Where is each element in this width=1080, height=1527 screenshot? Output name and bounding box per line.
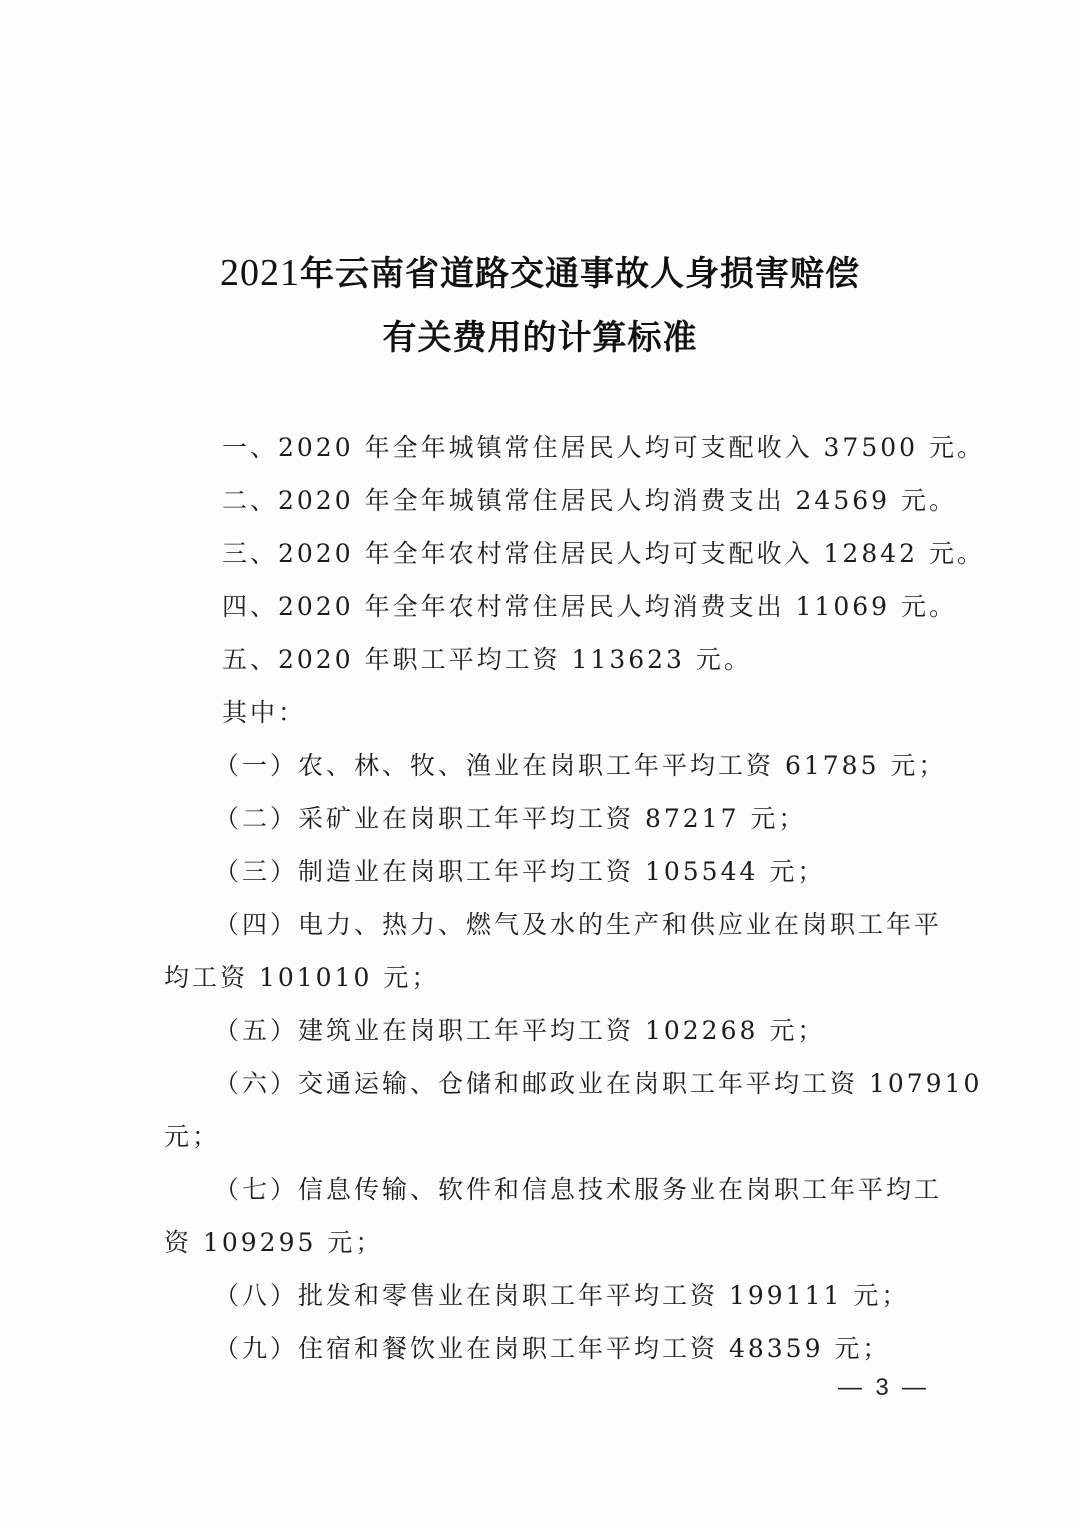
item-urban-consumption: 二、2020 年全年城镇常住居民人均消费支出 24569 元。 bbox=[222, 481, 957, 517]
wage-mining: （二）采矿业在岗职工年平均工资 87217 元； bbox=[214, 799, 806, 835]
wage-transport-line-2: 元； bbox=[164, 1117, 220, 1153]
subheading-among: 其中： bbox=[222, 693, 306, 729]
wage-hospitality: （九）住宿和餐饮业在岗职工年平均工资 48359 元； bbox=[214, 1329, 890, 1365]
wage-transport-line-1: （六）交通运输、仓储和邮政业在岗职工年平均工资 107910 bbox=[214, 1064, 982, 1100]
item-rural-disposable-income: 三、2020 年全年农村常住居民人均可支配收入 12842 元。 bbox=[222, 534, 985, 570]
wage-it-line-1: （七）信息传输、软件和信息技术服务业在岗职工年平均工 bbox=[214, 1170, 942, 1206]
item-urban-disposable-income: 一、2020 年全年城镇常住居民人均可支配收入 37500 元。 bbox=[222, 428, 985, 464]
wage-agriculture: （一）农、林、牧、渔业在岗职工年平均工资 61785 元； bbox=[214, 746, 946, 782]
document-title-line-1: 2021年云南省道路交通事故人身损害赔偿 bbox=[0, 246, 1080, 295]
wage-utilities-line-2: 均工资 101010 元； bbox=[164, 958, 439, 994]
title-text: 年云南省道路交通事故人身损害赔偿 bbox=[300, 254, 860, 294]
item-average-wage: 五、2020 年职工平均工资 113623 元。 bbox=[222, 640, 752, 676]
wage-utilities-line-1: （四）电力、热力、燃气及水的生产和供应业在岗职工年平 bbox=[214, 905, 942, 941]
wage-it-line-2: 资 109295 元； bbox=[164, 1223, 383, 1259]
page-number: — 3 — bbox=[838, 1374, 926, 1402]
wage-manufacturing: （三）制造业在岗职工年平均工资 105544 元； bbox=[214, 852, 825, 888]
title-year: 2021 bbox=[220, 252, 300, 294]
wage-construction: （五）建筑业在岗职工年平均工资 102268 元； bbox=[214, 1011, 825, 1047]
document-title-line-2: 有关费用的计算标准 bbox=[0, 310, 1080, 359]
item-rural-consumption: 四、2020 年全年农村常住居民人均消费支出 11069 元。 bbox=[222, 587, 957, 623]
wage-wholesale-retail: （八）批发和零售业在岗职工年平均工资 199111 元； bbox=[214, 1276, 909, 1312]
